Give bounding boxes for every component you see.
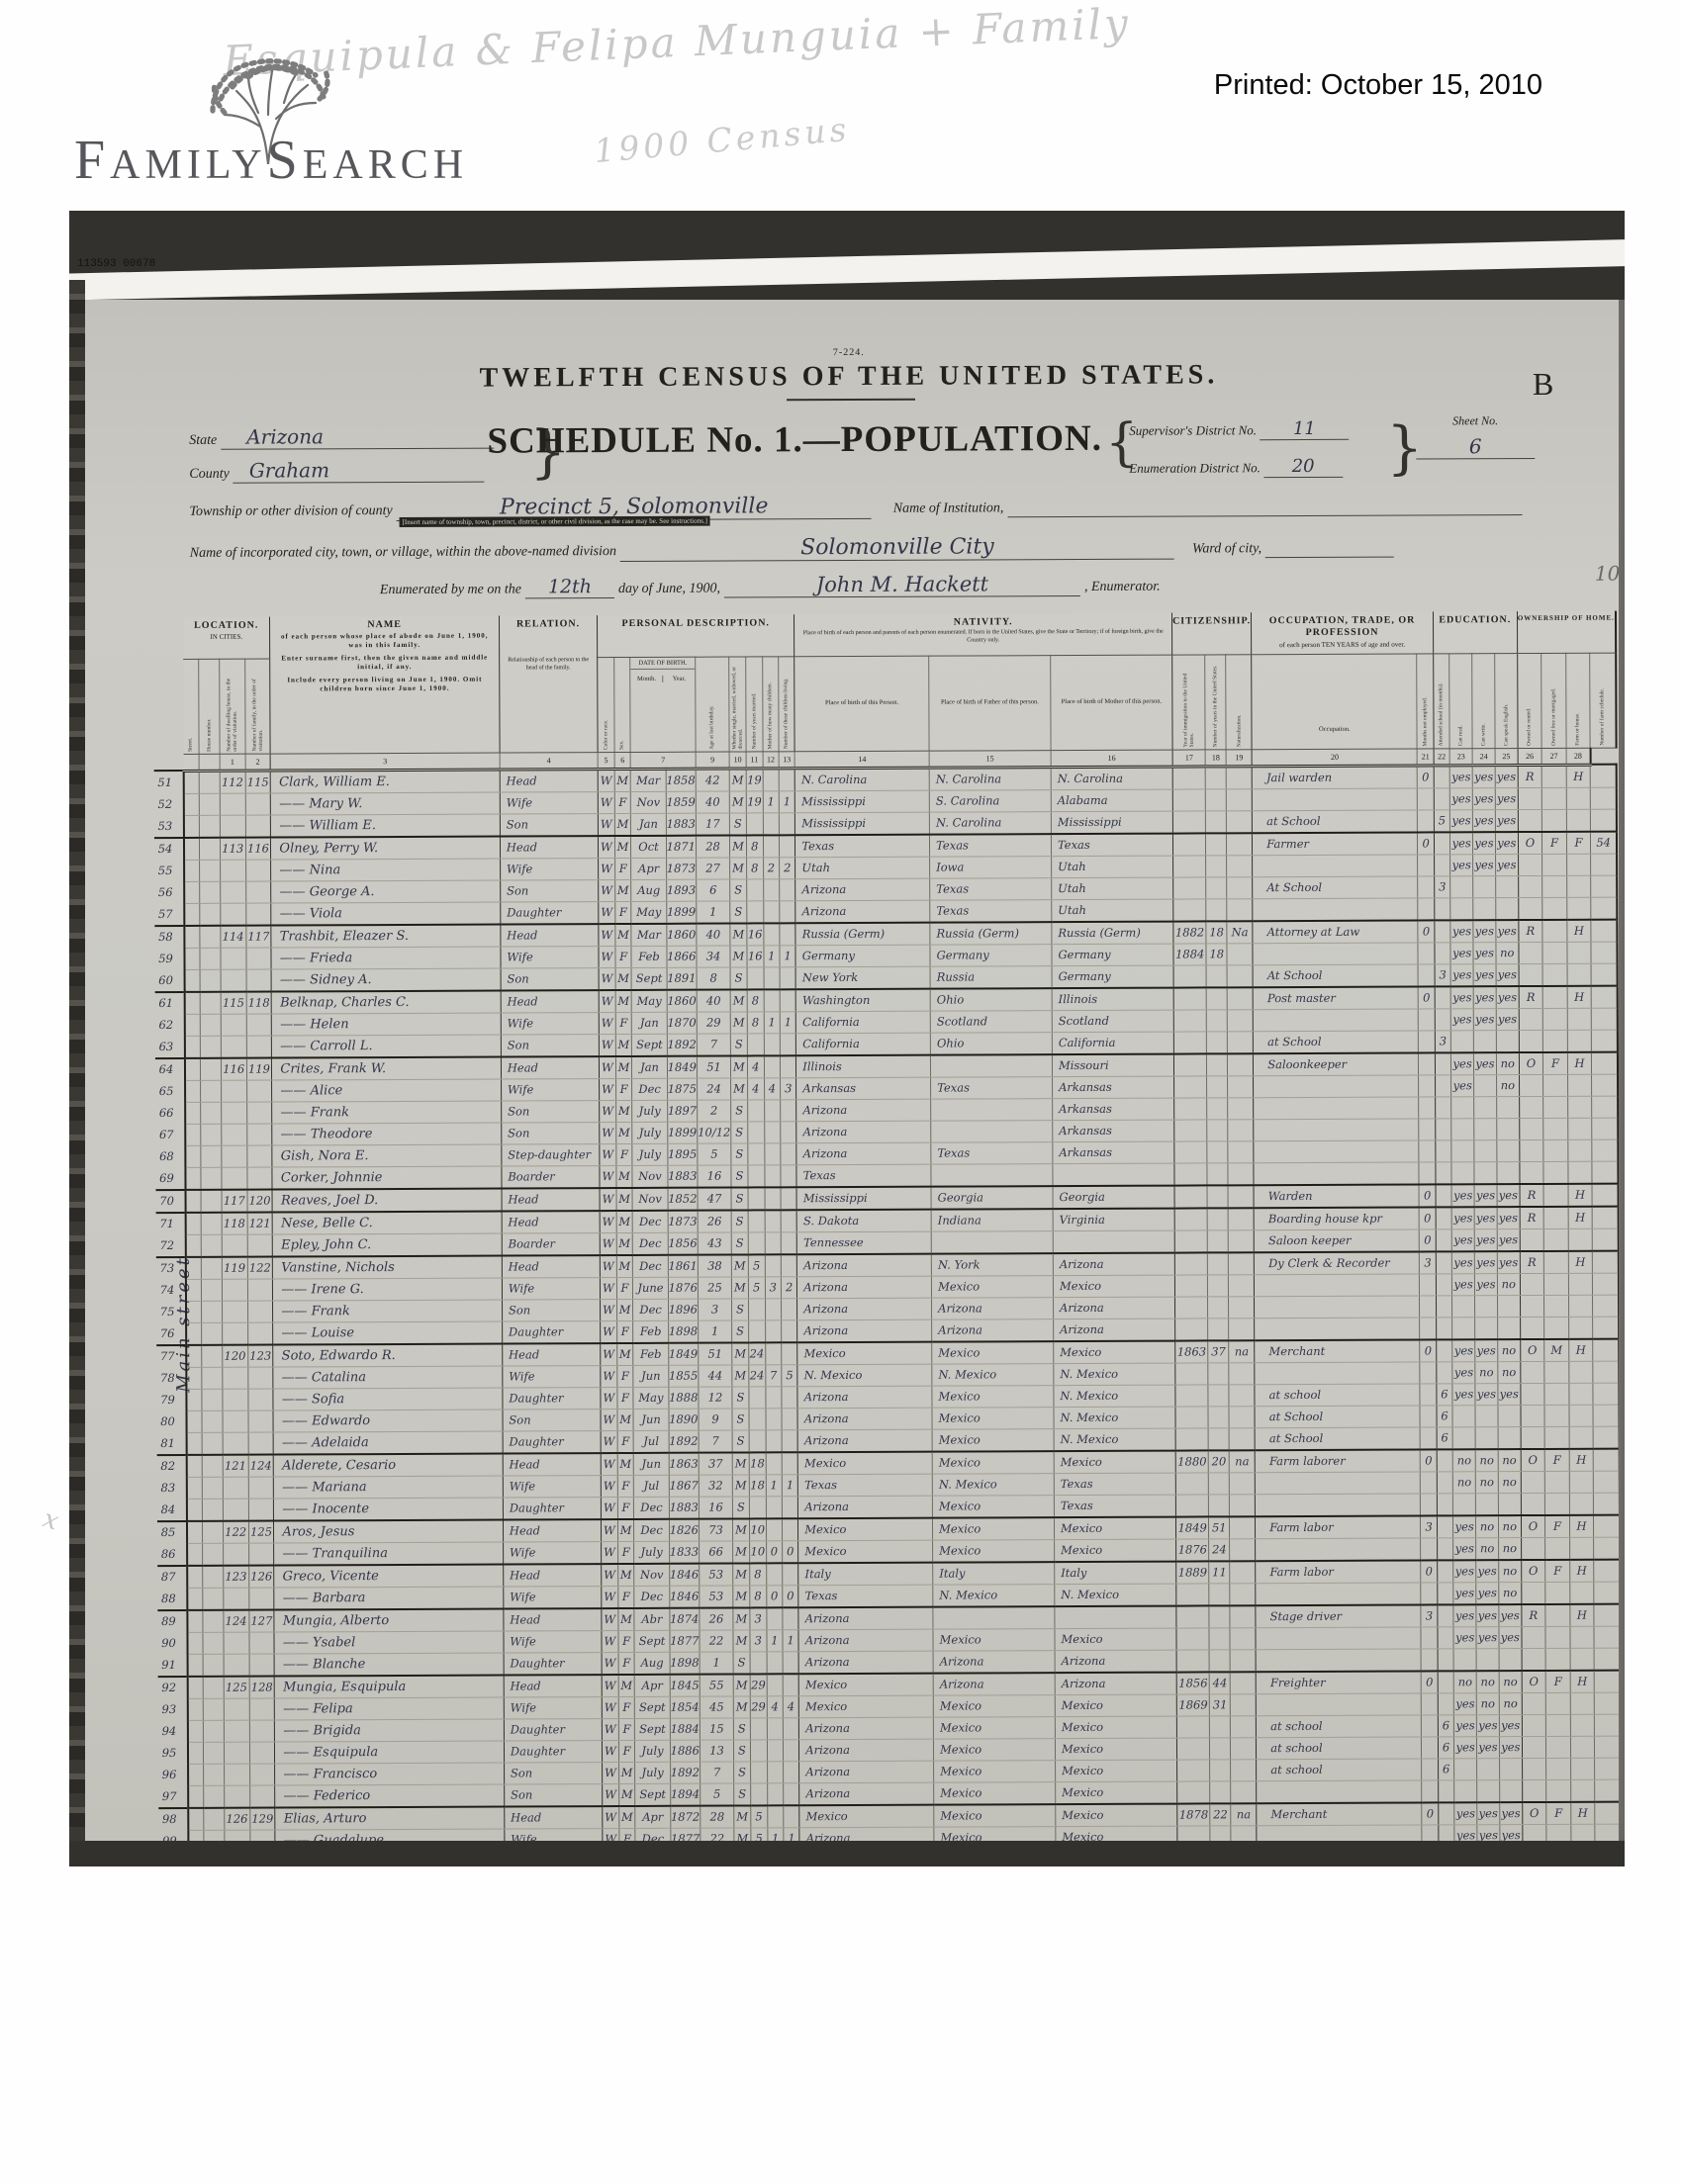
cell-mon: Dec (634, 1586, 669, 1608)
cell-dwell (221, 1014, 246, 1036)
row-number: 94 (158, 1720, 188, 1742)
cell-pom: Arizona (1054, 1319, 1175, 1341)
cell-color: W (600, 1056, 616, 1079)
cell-yr: 1883 (668, 1165, 698, 1188)
cell-fh (1567, 942, 1592, 963)
cell-age: 40 (697, 923, 730, 946)
cell-mon: Sept (632, 1034, 667, 1056)
cell-fam (245, 903, 271, 926)
cell-dwell (221, 948, 246, 969)
cell-sch (1436, 1184, 1452, 1207)
cell-sex: M (618, 1607, 635, 1630)
cell-pob: Mexico (799, 1695, 934, 1718)
cell-en: yes (1498, 1383, 1521, 1405)
cell-mc (764, 989, 780, 1012)
cell-rd: yes (1453, 1582, 1476, 1604)
cell-mar: M (730, 923, 747, 946)
cell-dwell (224, 1785, 249, 1808)
cell-ym: 24 (749, 1364, 766, 1386)
cell-fm (1544, 1405, 1569, 1426)
cell-street (187, 1499, 202, 1521)
cell-sch: 6 (1438, 1758, 1454, 1779)
cell-fh: H (1569, 1559, 1594, 1582)
cell-fh (1566, 897, 1591, 920)
cell-mne: 0 (1418, 920, 1434, 943)
cell-mon: Sept (631, 967, 666, 990)
cell-nat (1229, 1384, 1255, 1406)
cell-nat (1227, 898, 1253, 921)
cell-fh (1567, 1008, 1592, 1030)
cell-own (1521, 1383, 1545, 1405)
cell-yr: 1833 (669, 1541, 699, 1564)
cell-pob: Texas (796, 1164, 931, 1187)
cell-occ: Dy Clerk & Recorder (1255, 1251, 1420, 1274)
cell-wr (1474, 1118, 1497, 1139)
cell-occ: Warden (1254, 1184, 1419, 1208)
cell-occ: Farm labor (1256, 1515, 1421, 1538)
cell-nat (1230, 1649, 1256, 1672)
cell-fm (1542, 809, 1567, 832)
cell-house-number (201, 1234, 222, 1257)
cell-pom: Mexico (1055, 1628, 1176, 1651)
cell-sch (1435, 1118, 1451, 1139)
cell-mar: S (731, 1210, 748, 1232)
cell-street (186, 1234, 201, 1257)
cell-en: yes (1496, 1008, 1519, 1030)
cell-occ: Merchant (1257, 1802, 1422, 1825)
cell-rel: Daughter (504, 1718, 602, 1740)
cell-imm (1174, 1252, 1207, 1275)
cell-sch (1436, 1317, 1452, 1339)
cell-fm (1545, 1493, 1570, 1515)
cell-mne (1422, 1736, 1438, 1758)
cell-mon: Apr (635, 1805, 670, 1828)
cell-rd (1454, 1779, 1477, 1802)
cell-mne (1421, 1493, 1437, 1515)
cell-sch (1437, 1361, 1453, 1383)
header-birthplace-father: Place of birth of Father of this person. (929, 655, 1051, 751)
cell-color: W (603, 1740, 619, 1762)
cell-pof: Mexico (932, 1407, 1054, 1429)
cell-rel: Head (504, 1564, 602, 1587)
cell-color: W (599, 879, 615, 901)
cell-street (185, 1167, 200, 1190)
cell-rel: Daughter (502, 1320, 600, 1343)
cell-pof: Mexico (933, 1628, 1055, 1651)
cell-fh: H (1569, 1448, 1594, 1471)
column-number: 2 (245, 754, 271, 771)
cell-fm (1543, 1074, 1568, 1096)
cell-yus (1207, 1031, 1228, 1053)
row-number: 97 (158, 1785, 188, 1808)
cell-fh (1568, 1273, 1593, 1295)
cell-age: 5 (700, 1783, 734, 1806)
cell-sex: M (617, 1409, 634, 1430)
cell-rel: Step-daughter (502, 1143, 600, 1165)
cell-yr: 1852 (668, 1187, 698, 1210)
cell-mon: Dec (635, 1828, 670, 1841)
header-birthplace-mother: Place of birth of Mother of this person. (1051, 655, 1172, 751)
cell-pof: Mexico (932, 1428, 1054, 1451)
cell-rel: Wife (500, 858, 598, 879)
cell-color: W (599, 924, 615, 947)
cell-color: W (599, 1034, 615, 1056)
row-number: 56 (154, 881, 184, 903)
cell-age: 47 (698, 1187, 731, 1210)
cell-rel: Head (500, 769, 598, 791)
header-age: Age at last birthday. (696, 657, 730, 752)
cell-rel: Head (502, 1211, 600, 1233)
cell-age: 73 (699, 1518, 732, 1541)
cell-mar: M (732, 1276, 749, 1298)
cell-yr: 1870 (667, 1012, 697, 1034)
cell-name: —— Mary W. (271, 792, 501, 815)
cell-rel: Son (503, 1409, 601, 1430)
header-can-write: Can write. (1472, 653, 1495, 748)
cell-rel: Head (502, 1188, 600, 1211)
cell-rel: Wife (505, 1828, 603, 1841)
cell-pob: Arkansas (796, 1077, 931, 1100)
cell-fh: H (1566, 765, 1591, 787)
cell-mon: Aug (631, 879, 666, 901)
cell-pof: N. Mexico (932, 1473, 1054, 1496)
cell-house-number (204, 1830, 225, 1841)
cell-mne (1419, 1052, 1435, 1075)
cell-fam (248, 1389, 274, 1410)
cell-sch (1438, 1648, 1454, 1671)
cell-fsn (1593, 1426, 1619, 1449)
cell-house-number (203, 1720, 224, 1742)
cell-name: —— Federico (275, 1784, 505, 1808)
cell-mon: Jan (631, 813, 666, 836)
cell-age: 26 (698, 1210, 731, 1232)
cell-own (1522, 1758, 1546, 1779)
cell-mon: Jul (633, 1430, 668, 1453)
cell-wr (1475, 1295, 1498, 1317)
cell-yr: 1854 (670, 1696, 700, 1718)
cell-rel: Wife (500, 791, 598, 813)
cell-fam (246, 1102, 272, 1124)
cell-ym: 5 (748, 1276, 765, 1298)
cell-street (188, 1698, 203, 1720)
header-nativity: NATIVITY. Place of birth of each person … (794, 613, 1172, 657)
cell-mc (764, 1121, 780, 1142)
cell-sex: M (615, 1034, 632, 1056)
cell-age: 7 (699, 1430, 732, 1453)
cell-cl (783, 1674, 798, 1696)
cell-color: W (599, 1012, 615, 1034)
cell-pom: Missouri (1052, 1053, 1173, 1076)
cell-mon: Jan (632, 1055, 667, 1078)
cell-house-number (200, 991, 221, 1014)
cell-ym: 3 (750, 1607, 767, 1630)
cell-pom: N. Mexico (1054, 1407, 1175, 1429)
cell-cl: 1 (783, 1629, 798, 1651)
column-number: 13 (779, 751, 794, 768)
cell-dwell: 124 (224, 1609, 249, 1632)
cell-yr: 1856 (668, 1232, 698, 1255)
row-number: 69 (155, 1167, 185, 1190)
cell-pof: Georgia (931, 1186, 1053, 1210)
header-years-married: Number of years married. (745, 656, 762, 751)
cell-fh (1567, 1074, 1592, 1096)
cell-color: W (602, 1519, 618, 1542)
margin-pencil-number: 10 (1595, 562, 1619, 586)
cell-rd: yes (1452, 1383, 1475, 1405)
header-farm-or-house: Farm or house. (1565, 653, 1590, 748)
cell-en (1496, 1030, 1519, 1052)
cell-dwell (224, 1720, 249, 1742)
cell-mar: S (733, 1651, 750, 1674)
cell-pob: Arizona (797, 1319, 932, 1342)
cell-name: Vanstine, Nichols (273, 1255, 503, 1279)
cell-color: W (603, 1828, 619, 1841)
cell-rel: Son (505, 1783, 603, 1806)
row-number: 68 (155, 1145, 185, 1167)
cell-pof: Germany (930, 944, 1052, 966)
cell-ym: 29 (750, 1674, 767, 1696)
cell-dwell: 114 (221, 925, 246, 948)
cell-street (188, 1830, 203, 1841)
cell-ym (749, 1386, 766, 1408)
cell-name: —— Blanche (274, 1653, 504, 1677)
cell-color: W (599, 836, 615, 859)
cell-fam (249, 1654, 275, 1677)
cell-yr: 1846 (669, 1586, 699, 1608)
cell-yr: 1894 (670, 1783, 700, 1806)
cell-color: W (603, 1806, 619, 1829)
printout-page: Esquipula & Felipa Munguia + Family Prin… (0, 0, 1681, 2184)
cell-house-number (203, 1676, 224, 1698)
cell-house-number (199, 860, 220, 881)
cell-en: no (1498, 1361, 1521, 1383)
cell-name: Nese, Belle C. (273, 1211, 503, 1234)
cell-ym (746, 812, 763, 835)
cell-en: yes (1497, 1184, 1520, 1207)
cell-house-number (200, 1080, 221, 1102)
cell-fsn (1590, 765, 1616, 787)
cell-mar: S (733, 1717, 750, 1739)
cell-mne (1418, 942, 1434, 963)
cell-age: 26 (700, 1607, 733, 1630)
cell-cl (783, 1651, 798, 1674)
cell-mon: Sept (635, 1718, 670, 1740)
cell-pof: Arizona (933, 1673, 1055, 1695)
cell-house-number (202, 1477, 223, 1499)
cell-mar: S (731, 1142, 748, 1164)
cell-name: Belknap, Charles C. (272, 990, 502, 1014)
cell-ym: 4 (747, 1055, 764, 1078)
cell-mon: July (635, 1740, 670, 1762)
cell-cl (783, 1739, 798, 1761)
cell-mc (765, 1319, 781, 1342)
cell-yr: 1846 (669, 1563, 699, 1586)
cell-rel: Daughter (503, 1387, 601, 1409)
cell-yus (1206, 766, 1227, 788)
city-line: Name of incorporated city, town, or vill… (190, 532, 1619, 564)
cell-fh: H (1567, 1051, 1592, 1074)
cell-mne (1420, 1361, 1436, 1383)
cell-fh: H (1568, 1250, 1593, 1273)
cell-occ: Stage driver (1256, 1604, 1421, 1627)
cell-fm (1543, 1206, 1568, 1228)
cell-fsn (1592, 1183, 1618, 1206)
cell-ym: 8 (746, 835, 763, 858)
handwritten-census-annotation: 1900 Census (593, 110, 852, 170)
cell-ym: 29 (750, 1695, 767, 1717)
cell-wr: no (1476, 1692, 1499, 1714)
cell-imm (1175, 1362, 1208, 1384)
cell-yus (1209, 1472, 1230, 1494)
cell-dwell (221, 1036, 246, 1058)
cell-occ: Boarding house kpr (1254, 1207, 1419, 1229)
cell-en: yes (1499, 1626, 1522, 1648)
header-education: EDUCATION. (1433, 611, 1517, 653)
cell-mne (1422, 1779, 1438, 1802)
cell-ym: 16 (747, 945, 764, 966)
cell-rel: Head (501, 990, 599, 1013)
cell-rd: no (1453, 1671, 1476, 1693)
cell-fam (246, 1145, 272, 1167)
cell-mon: Nov (634, 1563, 669, 1586)
cell-pom: N. Mexico (1054, 1428, 1175, 1451)
census-paper: 7-224. TWELFTH CENSUS OF THE UNITED STAT… (85, 300, 1619, 1841)
film-frame-label: 113593 00678 (77, 258, 155, 270)
cell-sex: M (616, 1165, 633, 1188)
cell-pof: Mexico (933, 1694, 1055, 1717)
cell-fm: F (1545, 1670, 1570, 1692)
cell-fsn (1591, 809, 1617, 832)
cell-age: 1 (700, 1652, 733, 1675)
cell-mon: Aug (634, 1652, 669, 1675)
cell-fam (248, 1477, 274, 1499)
cell-sch (1439, 1824, 1455, 1841)
cell-pob: New York (795, 966, 930, 989)
row-number: 58 (154, 925, 184, 948)
enumeration-district-value: 20 (1263, 456, 1343, 478)
cell-rd: yes (1453, 1537, 1476, 1560)
cell-pof: Russia (930, 965, 1052, 988)
cell-yus (1208, 1229, 1229, 1252)
cell-sch (1436, 1228, 1452, 1251)
cell-age: 1 (699, 1320, 732, 1343)
cell-pom: Arizona (1055, 1672, 1176, 1694)
cell-rd (1451, 1118, 1474, 1139)
column-number: 26 (1518, 748, 1542, 765)
cell-cl (780, 878, 795, 900)
cell-name: Elias, Arturo (275, 1806, 505, 1830)
cell-en: no (1498, 1515, 1521, 1538)
cell-yus (1206, 964, 1227, 987)
cell-mar: M (730, 945, 747, 966)
cell-pof: Texas (931, 1076, 1053, 1099)
cell-own (1522, 1626, 1546, 1648)
cell-occ (1253, 898, 1418, 921)
cell-fm (1542, 963, 1567, 986)
cell-mc (766, 1408, 782, 1429)
cell-color: W (602, 1675, 618, 1697)
cell-nat (1227, 810, 1253, 833)
cell-color: W (603, 1762, 619, 1783)
cell-age: 51 (699, 1342, 732, 1365)
cell-mc: 7 (765, 1364, 781, 1386)
cell-street (185, 1124, 200, 1145)
cell-en: no (1496, 1074, 1519, 1096)
cell-fm (1541, 765, 1566, 787)
cell-wr: no (1475, 1449, 1498, 1472)
cell-nat (1228, 1229, 1254, 1252)
cell-own (1521, 1582, 1545, 1604)
cell-name: —— Frank (273, 1300, 503, 1322)
cell-nat (1229, 1296, 1255, 1318)
cell-cl: 1 (780, 1011, 795, 1033)
cell-dwell (223, 1499, 248, 1521)
cell-rd: yes (1450, 986, 1473, 1009)
cell-yus (1207, 1162, 1228, 1185)
cell-fsn (1594, 1626, 1619, 1648)
row-number: 79 (156, 1389, 186, 1410)
cell-name: —— Adelaida (273, 1431, 503, 1455)
cell-nat (1230, 1672, 1256, 1694)
cell-wr: yes (1473, 832, 1496, 855)
cell-cl (781, 1298, 796, 1319)
row-number: 89 (157, 1609, 187, 1632)
cell-fam (248, 1499, 274, 1521)
cell-pom (1055, 1605, 1176, 1628)
cell-fam (249, 1720, 275, 1742)
cell-fm (1543, 1118, 1568, 1139)
cell-dwell: 119 (222, 1256, 247, 1279)
cell-rel: Head (504, 1675, 602, 1697)
cell-wr: yes (1475, 1339, 1498, 1362)
census-title: TWELFTH CENSUS OF THE UNITED STATES. (85, 358, 1616, 397)
cell-name: —— Felipa (275, 1697, 505, 1720)
cell-own (1520, 1317, 1544, 1339)
header-color: Color or race. (598, 657, 614, 752)
cell-en: no (1497, 1273, 1520, 1295)
cell-yr: 1858 (666, 769, 696, 791)
cell-fm: F (1544, 1448, 1569, 1471)
cell-imm: 1884 (1173, 943, 1206, 964)
cell-rel: Wife (501, 1012, 599, 1034)
cell-sex: M (616, 1254, 633, 1277)
cell-mon: Apr (631, 858, 666, 879)
cell-house-number (199, 815, 220, 838)
column-number: 11 (746, 751, 763, 768)
cell-house-number (202, 1499, 223, 1521)
cell-ym: 19 (746, 768, 763, 790)
cell-pob: Arizona (799, 1782, 934, 1805)
cell-rel: Son (500, 813, 598, 836)
cell-rd (1454, 1758, 1477, 1779)
cell-age: 51 (697, 1055, 730, 1078)
cell-wr (1477, 1779, 1500, 1802)
cell-age: 42 (696, 769, 729, 791)
cell-pob: Utah (795, 857, 930, 879)
cell-ym: 19 (746, 790, 763, 812)
cell-fam (248, 1543, 274, 1566)
cell-house-number (203, 1588, 224, 1610)
cell-ym (750, 1717, 767, 1739)
cell-imm: 1876 (1176, 1538, 1209, 1561)
cell-mne (1420, 1405, 1436, 1426)
cell-sex: F (615, 1012, 632, 1034)
cell-yr: 1873 (668, 1210, 698, 1232)
cell-ym: 5 (748, 1254, 765, 1277)
cell-pof: Russia (Germ) (930, 922, 1052, 945)
cell-wr: yes (1472, 787, 1495, 809)
cell-imm: 1882 (1173, 921, 1206, 944)
